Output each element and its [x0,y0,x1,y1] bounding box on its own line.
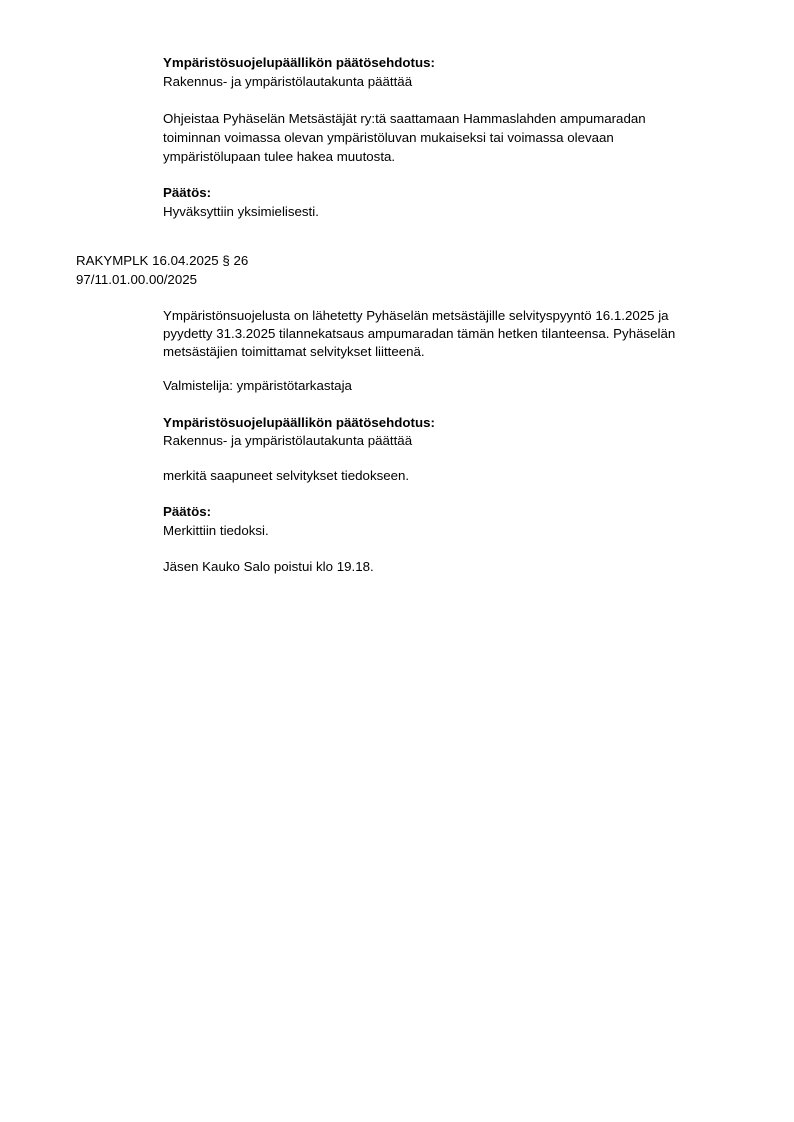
proposal-heading-1: Ympäristösuojelupäällikön päätösehdotus: [163,53,435,72]
decision-text-2: Merkittiin tiedoksi. [163,521,269,540]
proposal-text-2: merkitä saapuneet selvitykset tiedokseen… [163,466,409,485]
decision-heading-1: Päätös: [163,183,211,202]
section-reference: RAKYMPLK 16.04.2025 § 26 [76,251,248,270]
proposal-line-1: Ohjeistaa Pyhäselän Metsästäjät ry:tä sa… [163,109,646,128]
preparer: Valmistelija: ympäristötarkastaja [163,376,352,395]
proposal-intro-1: Rakennus- ja ympäristölautakunta päättää [163,72,412,91]
decision-heading-2: Päätös: [163,502,211,521]
proposal-line-3: ympäristölupaan tulee hakea muutosta. [163,147,395,166]
proposal-heading-2: Ympäristösuojelupäällikön päätösehdotus: [163,413,435,432]
proposal-line-2: toiminnan voimassa olevan ympäristöluvan… [163,128,614,147]
member-note: Jäsen Kauko Salo poistui klo 19.18. [163,557,374,576]
body-line-1: Ympäristönsuojelusta on lähetetty Pyhäse… [163,306,669,325]
record-number: 97/11.01.00.00/2025 [76,270,197,289]
body-line-2: pyydetty 31.3.2025 tilannekatsaus ampuma… [163,324,675,343]
proposal-intro-2: Rakennus- ja ympäristölautakunta päättää [163,431,412,450]
body-line-3: metsästäjien toimittamat selvitykset lii… [163,342,425,361]
decision-text-1: Hyväksyttiin yksimielisesti. [163,202,319,221]
